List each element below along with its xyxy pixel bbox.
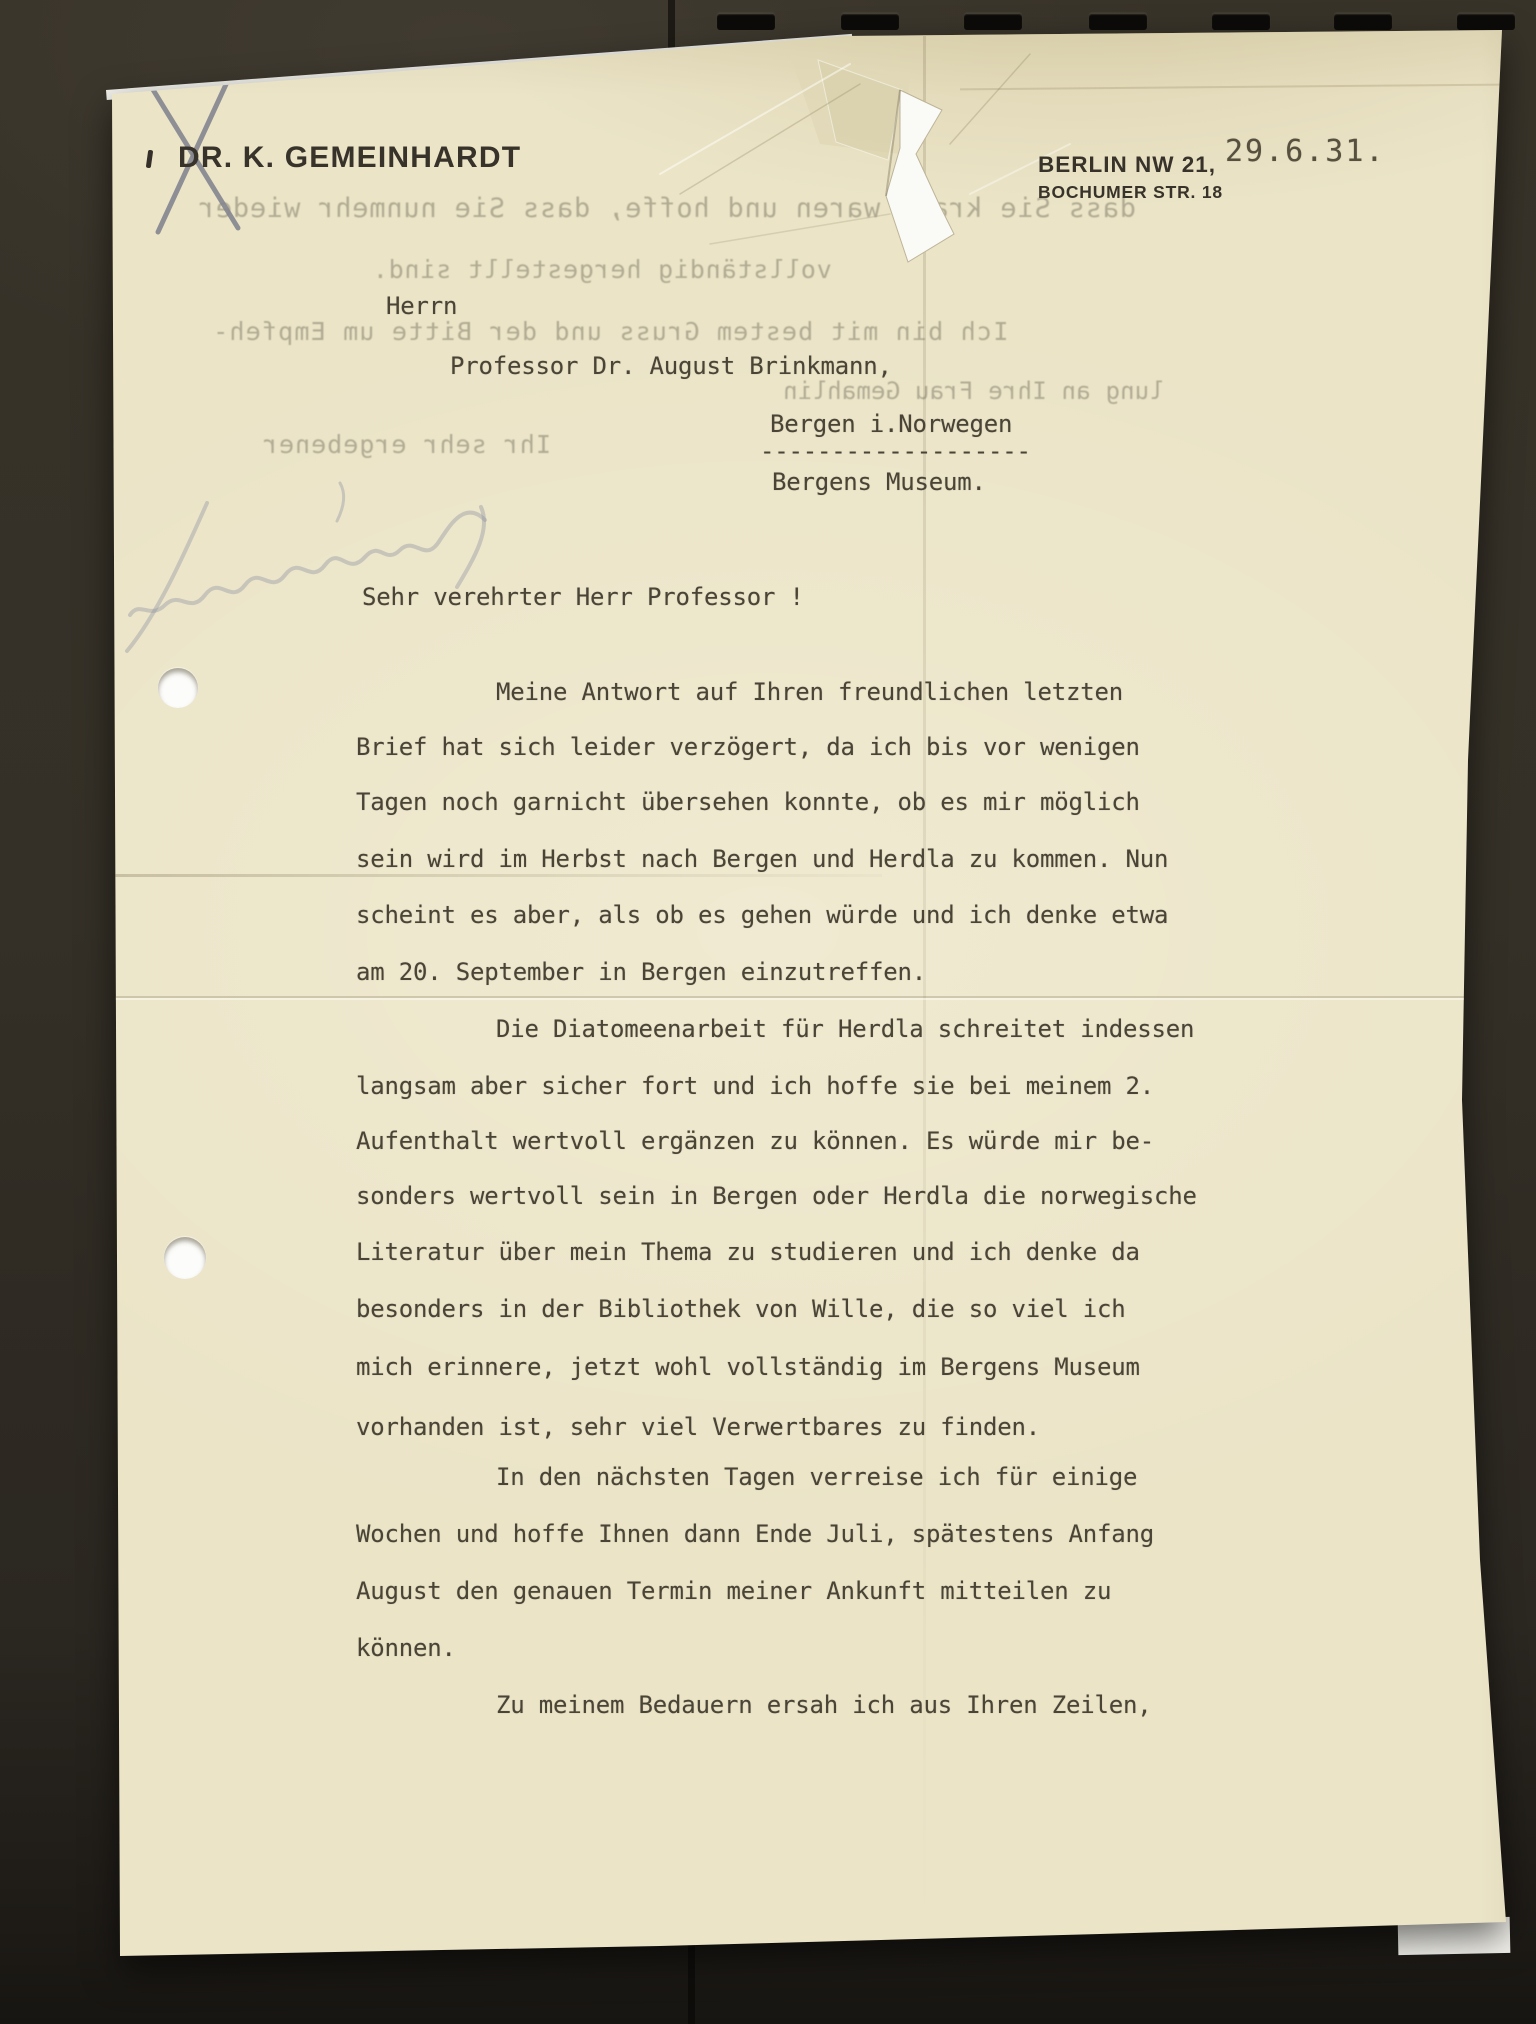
- recipient-institution: Bergens Museum.: [772, 468, 986, 496]
- typed-line: August den genauen Termin meiner Ankunft…: [356, 1577, 1111, 1605]
- typed-line: sonders wertvoll sein in Bergen oder Her…: [356, 1182, 1197, 1210]
- bleed-through-line: lung an Ihre Frau Gemahlin: [783, 377, 1164, 405]
- typed-line: Literatur über mein Thema zu studieren u…: [356, 1238, 1140, 1266]
- punch-hole-top: [158, 668, 198, 708]
- typed-line: Brief hat sich leider verzögert, da ich …: [356, 733, 1140, 761]
- typed-line: Die Diatomeenarbeit für Herdla schreitet…: [496, 1015, 1194, 1043]
- horizontal-crease-upper: [112, 874, 882, 877]
- typed-line: vorhanden ist, sehr viel Verwertbares zu…: [356, 1413, 1040, 1441]
- typed-line: mich erinnere, jetzt wohl vollständig im…: [356, 1353, 1140, 1381]
- recipient-underline: -------------------: [760, 437, 1031, 465]
- bleed-through-line: Ich bin mit bestem Gruss und der Bitte u…: [212, 317, 1008, 346]
- paper-tear: [650, 24, 1090, 294]
- typed-line: Meine Antwort auf Ihren freundlichen let…: [496, 678, 1123, 706]
- recipient-herrn: Herrn: [386, 292, 457, 320]
- typed-line: In den nächsten Tagen verreise ich für e…: [496, 1463, 1137, 1491]
- letter-page-wrap: dass Sie krank waren und hoffe, dass Sie…: [0, 0, 1536, 2024]
- recipient-name: Professor Dr. August Brinkmann,: [450, 352, 892, 380]
- recipient-city: Bergen i.Norwegen: [770, 410, 1012, 438]
- typed-line: Tagen noch garnicht übersehen konnte, ob…: [356, 788, 1140, 816]
- reverse-signature-bleed: [85, 465, 515, 660]
- bleed-through-line: Ihr sehr ergebener: [262, 430, 551, 459]
- typed-line: Wochen und hoffe Ihnen dann Ende Juli, s…: [356, 1520, 1154, 1548]
- letterhead-street: BOCHUMER STR. 18: [1038, 182, 1223, 203]
- typed-line: scheint es aber, als ob es gehen würde u…: [356, 901, 1168, 929]
- punch-hole-bottom: [164, 1237, 206, 1279]
- horizontal-crease-fold: [112, 996, 1467, 1000]
- typed-line: sein wird im Herbst nach Bergen und Herd…: [356, 845, 1168, 873]
- typed-line: besonders in der Bibliothek von Wille, d…: [356, 1295, 1125, 1323]
- letterhead-sender-name: DR. K. GEMEINHARDT: [178, 141, 521, 175]
- salutation: Sehr verehrter Herr Professor !: [362, 583, 804, 611]
- typed-date: 29.6.31.: [1225, 134, 1386, 169]
- typed-line: langsam aber sicher fort und ich hoffe s…: [356, 1072, 1154, 1100]
- typed-line: am 20. September in Bergen einzutreffen.: [356, 958, 926, 986]
- archive-scan-background: dass Sie krank waren und hoffe, dass Sie…: [0, 0, 1536, 2024]
- letterhead-place: BERLIN NW 21,: [1038, 152, 1216, 178]
- letter-page: dass Sie krank waren und hoffe, dass Sie…: [0, 0, 1536, 2024]
- typed-line: können.: [356, 1634, 456, 1662]
- typed-line: Aufenthalt wertvoll ergänzen zu können. …: [356, 1127, 1154, 1155]
- typed-line: Zu meinem Bedauern ersah ich aus Ihren Z…: [496, 1691, 1151, 1719]
